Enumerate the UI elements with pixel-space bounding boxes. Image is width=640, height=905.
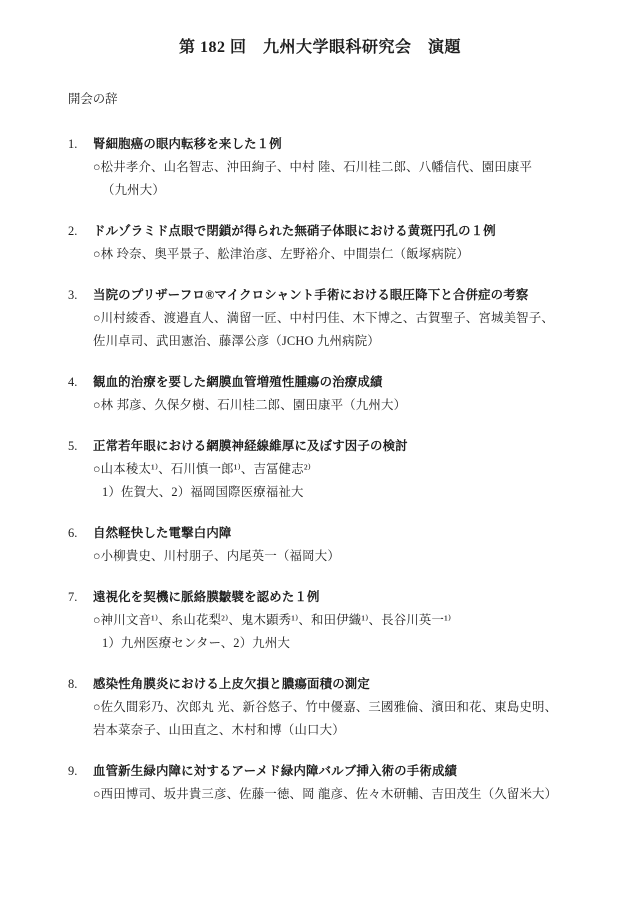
item-lines: ○小柳貴史、川村朋子、内尾英一（福岡大） [93, 545, 340, 568]
item-line: ○林 玲奈、奥平景子、舩津治彦、左野裕介、中間崇仁（飯塚病院） [93, 243, 496, 266]
item-lines: ○西田博司、坂井貴三彦、佐藤一徳、岡 龍彦、佐々木研輔、吉田茂生（久留米大） [93, 783, 557, 806]
item-line: ○川村綾香、渡邉直人、満留一匠、中村円佳、木下博之、古賀聖子、宮城美智子、 [93, 307, 554, 330]
item-lines: ○神川文音¹⁾、糸山花梨²⁾、鬼木顕秀¹⁾、和田伊織¹⁾、長谷川英一¹⁾1）九州… [93, 609, 451, 655]
item-content: 腎細胞癌の眼内転移を来した１例 ○松井孝介、山名智志、沖田絢子、中村 陸、石川桂… [93, 133, 532, 202]
item-number: 7. [68, 586, 93, 655]
item-title: 自然軽快した電撃白内障 [93, 522, 340, 545]
item-line: ○佐久間彩乃、次郎丸 光、新谷悠子、竹中優嘉、三國雅倫、濱田和花、東島史明、 [93, 696, 557, 719]
item-line: ○神川文音¹⁾、糸山花梨²⁾、鬼木顕秀¹⁾、和田伊織¹⁾、長谷川英一¹⁾ [93, 609, 451, 632]
item-lines: ○佐久間彩乃、次郎丸 光、新谷悠子、竹中優嘉、三國雅倫、濱田和花、東島史明、岩本… [93, 696, 557, 742]
item-title: ドルゾラミド点眼で閉鎖が得られた無硝子体眼における黄斑円孔の１例 [93, 220, 496, 243]
item-title: 血管新生緑内障に対するアーメド緑内障バルブ挿入術の手術成績 [93, 760, 557, 783]
item-lines: ○山本稜太¹⁾、石川慎一郎¹⁾、吉冨健志²⁾1）佐賀大、2）福岡国際医療福祉大 [93, 458, 408, 504]
item-content: 血管新生緑内障に対するアーメド緑内障バルブ挿入術の手術成績 ○西田博司、坂井貴三… [93, 760, 557, 806]
program-item: 5. 正常若年眼における網膜神経線維厚に及ぼす因子の検討 ○山本稜太¹⁾、石川慎… [68, 435, 600, 504]
program-item: 2. ドルゾラミド点眼で閉鎖が得られた無硝子体眼における黄斑円孔の１例 ○林 玲… [68, 220, 600, 266]
program-item: 1. 腎細胞癌の眼内転移を来した１例 ○松井孝介、山名智志、沖田絢子、中村 陸、… [68, 133, 600, 202]
document-title: 第 182 回 九州大学眼科研究会 演題 [30, 36, 610, 60]
program-item: 6. 自然軽快した電撃白内障 ○小柳貴史、川村朋子、内尾英一（福岡大） [68, 522, 600, 568]
item-content: 遠視化を契機に脈絡膜皺襞を認めた１例 ○神川文音¹⁾、糸山花梨²⁾、鬼木顕秀¹⁾… [93, 586, 451, 655]
item-number: 9. [68, 760, 93, 806]
item-number: 5. [68, 435, 93, 504]
item-lines: ○松井孝介、山名智志、沖田絢子、中村 陸、石川桂二郎、八幡信代、園田康平（九州大… [93, 156, 532, 202]
item-line: 岩本菜奈子、山田直之、木村和博（山口大） [93, 719, 557, 742]
item-title: 当院のプリザーフロ®マイクロシャント手術における眼圧降下と合併症の考察 [93, 284, 554, 307]
item-title: 観血的治療を要した網膜血管増殖性腫瘍の治療成績 [93, 371, 406, 394]
opening-remarks: 開会の辞 [68, 88, 592, 111]
item-line: ○松井孝介、山名智志、沖田絢子、中村 陸、石川桂二郎、八幡信代、園田康平 [93, 156, 532, 179]
item-title: 感染性角膜炎における上皮欠損と膿瘍面積の測定 [93, 673, 557, 696]
program-item: 3. 当院のプリザーフロ®マイクロシャント手術における眼圧降下と合併症の考察 ○… [68, 284, 600, 353]
item-lines: ○林 邦彦、久保夕樹、石川桂二郎、園田康平（九州大） [93, 394, 406, 417]
item-content: ドルゾラミド点眼で閉鎖が得られた無硝子体眼における黄斑円孔の１例 ○林 玲奈、奥… [93, 220, 496, 266]
item-line: 佐川卓司、武田憲治、藤澤公彦（JCHO 九州病院） [93, 330, 554, 353]
item-lines: ○川村綾香、渡邉直人、満留一匠、中村円佳、木下博之、古賀聖子、宮城美智子、佐川卓… [93, 307, 554, 353]
program-item: 4. 観血的治療を要した網膜血管増殖性腫瘍の治療成績 ○林 邦彦、久保夕樹、石川… [68, 371, 600, 417]
item-number: 4. [68, 371, 93, 417]
item-lines: ○林 玲奈、奥平景子、舩津治彦、左野裕介、中間崇仁（飯塚病院） [93, 243, 496, 266]
item-title: 遠視化を契機に脈絡膜皺襞を認めた１例 [93, 586, 451, 609]
program-list: 1. 腎細胞癌の眼内転移を来した１例 ○松井孝介、山名智志、沖田絢子、中村 陸、… [0, 133, 640, 806]
item-number: 6. [68, 522, 93, 568]
item-content: 自然軽快した電撃白内障 ○小柳貴史、川村朋子、内尾英一（福岡大） [93, 522, 340, 568]
item-content: 正常若年眼における網膜神経線維厚に及ぼす因子の検討 ○山本稜太¹⁾、石川慎一郎¹… [93, 435, 408, 504]
item-number: 8. [68, 673, 93, 742]
item-title: 正常若年眼における網膜神経線維厚に及ぼす因子の検討 [93, 435, 408, 458]
item-line: ○小柳貴史、川村朋子、内尾英一（福岡大） [93, 545, 340, 568]
program-item: 7. 遠視化を契機に脈絡膜皺襞を認めた１例 ○神川文音¹⁾、糸山花梨²⁾、鬼木顕… [68, 586, 600, 655]
item-content: 感染性角膜炎における上皮欠損と膿瘍面積の測定 ○佐久間彩乃、次郎丸 光、新谷悠子… [93, 673, 557, 742]
item-line: ○林 邦彦、久保夕樹、石川桂二郎、園田康平（九州大） [93, 394, 406, 417]
item-line: 1）九州医療センター、2）九州大 [93, 632, 451, 655]
item-content: 当院のプリザーフロ®マイクロシャント手術における眼圧降下と合併症の考察 ○川村綾… [93, 284, 554, 353]
item-content: 観血的治療を要した網膜血管増殖性腫瘍の治療成績 ○林 邦彦、久保夕樹、石川桂二郎… [93, 371, 406, 417]
item-number: 3. [68, 284, 93, 353]
item-number: 1. [68, 133, 93, 202]
item-line: ○西田博司、坂井貴三彦、佐藤一徳、岡 龍彦、佐々木研輔、吉田茂生（久留米大） [93, 783, 557, 806]
program-item: 8. 感染性角膜炎における上皮欠損と膿瘍面積の測定 ○佐久間彩乃、次郎丸 光、新… [68, 673, 600, 742]
item-line: 1）佐賀大、2）福岡国際医療福祉大 [93, 481, 408, 504]
item-title: 腎細胞癌の眼内転移を来した１例 [93, 133, 532, 156]
item-line: ○山本稜太¹⁾、石川慎一郎¹⁾、吉冨健志²⁾ [93, 458, 408, 481]
program-item: 9. 血管新生緑内障に対するアーメド緑内障バルブ挿入術の手術成績 ○西田博司、坂… [68, 760, 600, 806]
item-number: 2. [68, 220, 93, 266]
document-page: 第 182 回 九州大学眼科研究会 演題 開会の辞 1. 腎細胞癌の眼内転移を来… [0, 0, 640, 905]
item-line: （九州大） [93, 179, 532, 202]
